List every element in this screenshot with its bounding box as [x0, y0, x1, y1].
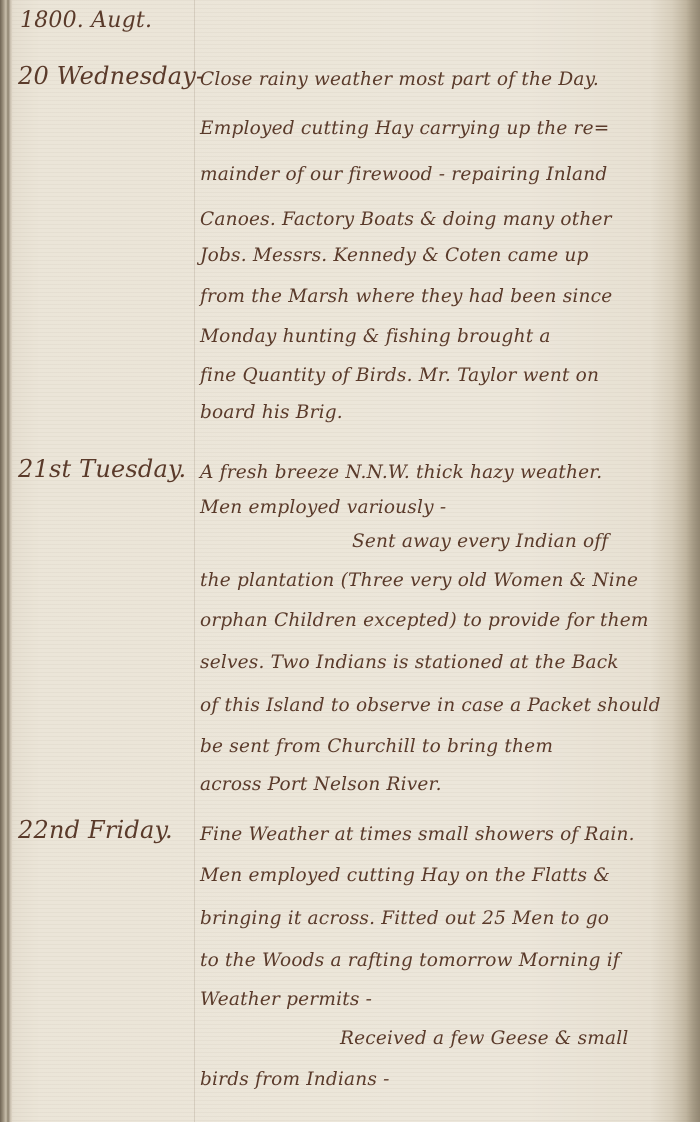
entry-line: be sent from Churchill to bring them	[200, 735, 553, 759]
entry-line: board his Brig.	[200, 401, 343, 425]
entry-line: birds from Indians -	[200, 1068, 390, 1092]
year-heading: 1800. Augt.	[20, 8, 152, 33]
entry-line: to the Woods a rafting tomorrow Morning …	[200, 949, 620, 973]
entry-date: 22nd Friday.	[18, 816, 173, 844]
page-binding	[0, 0, 12, 1122]
entry-line: Sent away every Indian off	[352, 530, 608, 554]
entry-line: Jobs. Messrs. Kennedy & Coten came up	[200, 244, 589, 268]
entry-line: Men employed cutting Hay on the Flatts &	[200, 864, 610, 888]
entry-line: orphan Children excepted) to provide for…	[200, 609, 649, 633]
entry-line: Close rainy weather most part of the Day…	[200, 68, 599, 92]
entry-line: mainder of our firewood - repairing Inla…	[200, 163, 607, 187]
entry-line: selves. Two Indians is stationed at the …	[200, 651, 619, 675]
entry-line: Monday hunting & fishing brought a	[200, 325, 551, 349]
entry-date: 20 Wednesday-	[18, 62, 204, 90]
entry-line: Weather permits -	[200, 988, 372, 1012]
entry-line: bringing it across. Fitted out 25 Men to…	[200, 907, 609, 931]
entry-line: from the Marsh where they had been since	[200, 285, 612, 309]
entry-line: A fresh breeze N.N.W. thick hazy weather…	[200, 461, 602, 485]
entry-line: Employed cutting Hay carrying up the re=	[200, 117, 609, 141]
entry-line: of this Island to observe in case a Pack…	[200, 694, 661, 718]
entry-line: fine Quantity of Birds. Mr. Taylor went …	[200, 364, 599, 388]
entry-line: Fine Weather at times small showers of R…	[200, 823, 635, 847]
entry-date: 21st Tuesday.	[18, 455, 186, 483]
entry-line: the plantation (Three very old Women & N…	[200, 569, 638, 593]
page-edge-shadow	[686, 0, 700, 1122]
manuscript-page: 1800. Augt. 20 Wednesday- Close rainy we…	[0, 0, 700, 1122]
entry-line: across Port Nelson River.	[200, 773, 442, 797]
margin-rule	[194, 0, 195, 1122]
entry-line: Received a few Geese & small	[340, 1027, 629, 1051]
entry-line: Canoes. Factory Boats & doing many other	[200, 208, 612, 232]
entry-line: Men employed variously -	[200, 496, 446, 520]
